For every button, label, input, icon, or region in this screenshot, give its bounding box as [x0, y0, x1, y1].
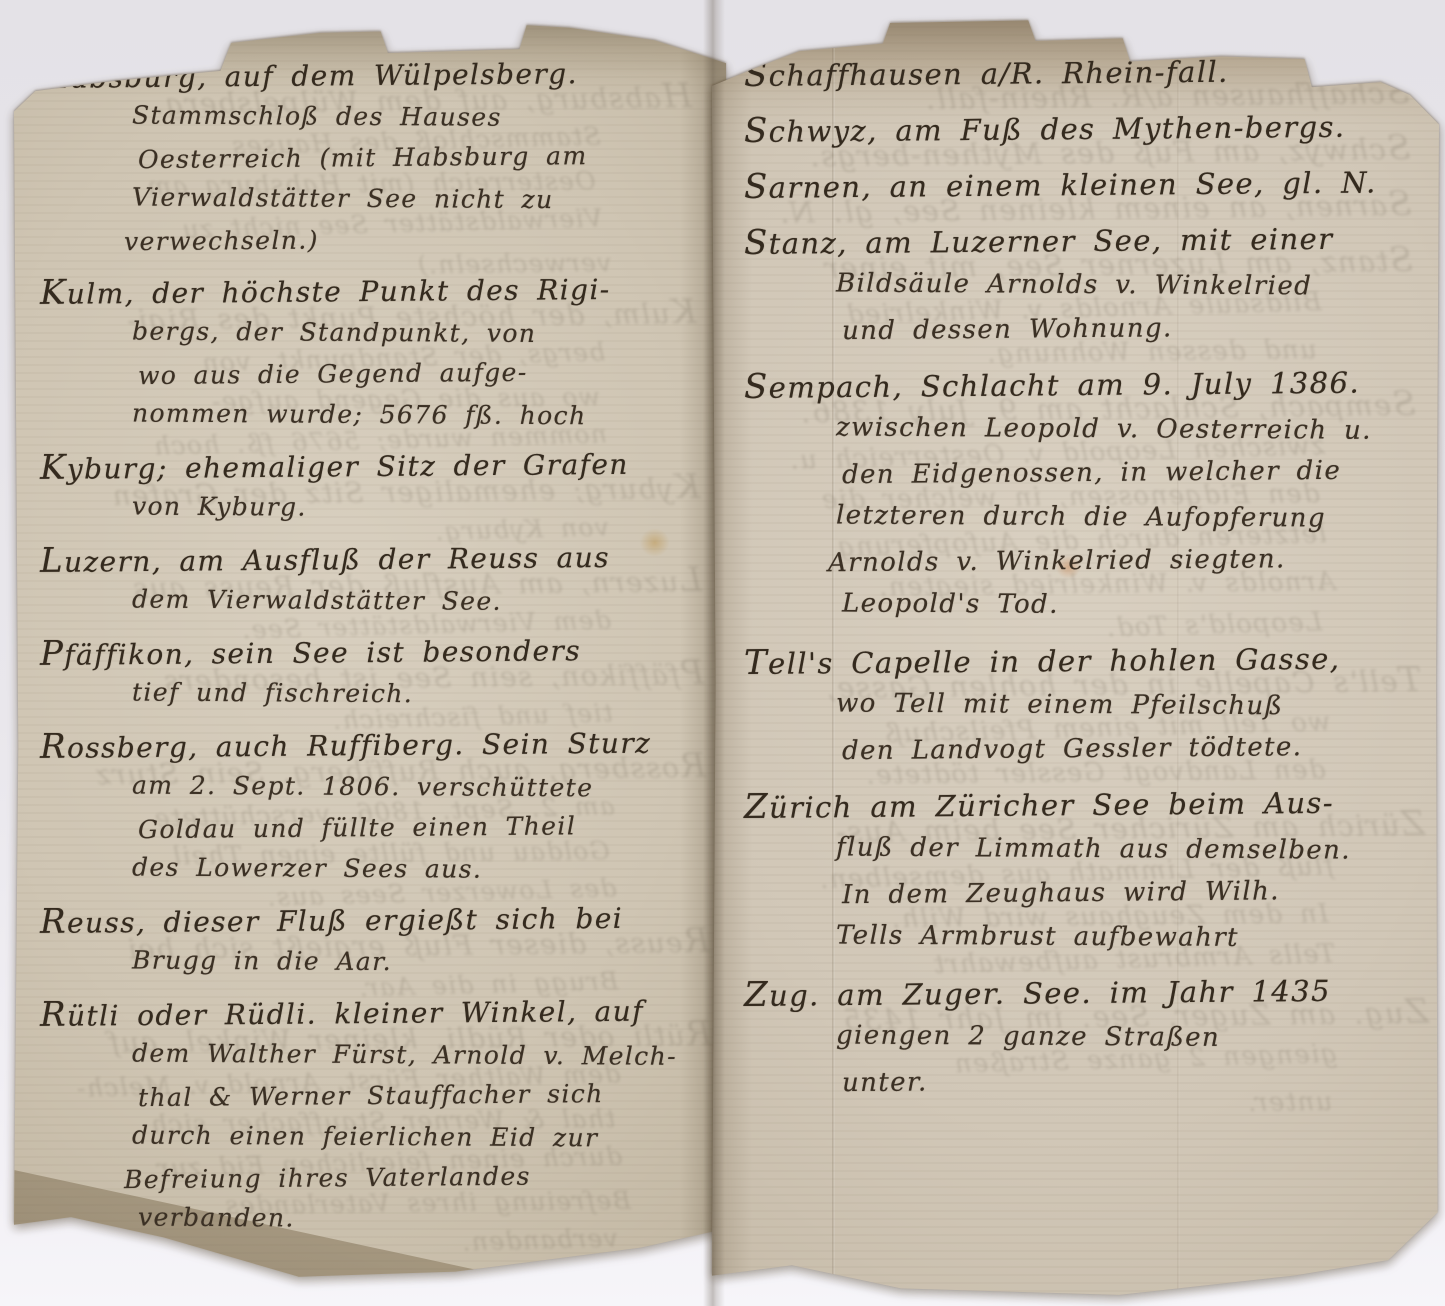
manuscript-entry: Rossberg, auch Ruffiberg. Sein Sturzam 2…: [40, 724, 708, 889]
manuscript-entry: Zug. am Zuger. See. im Jahr 1435giengen …: [744, 970, 1424, 1103]
manuscript-entry: Kulm, der höchste Punkt des Rigi-bergs, …: [40, 270, 708, 435]
entry-body-line: fluß der Limmath aus demselben.: [752, 825, 1424, 873]
manuscript-entry: Sarnen, an einem kleinen See, gl. N.: [744, 162, 1424, 207]
entry-body-line: unter.: [758, 1056, 1424, 1106]
entry-heading-line: Reuss, dieser Fluß ergießt sich bei: [40, 896, 708, 944]
entry-heading-line: Luzern, am Ausfluß der Reuss aus: [40, 535, 708, 583]
manuscript-entry: Pfäffikon, sein See ist besonderstief un…: [40, 631, 708, 714]
manuscript-entry: Schaffhausen a/R. Rhein-fall.: [744, 50, 1424, 95]
entry-body-line: thal & Werner Stauffacher sich: [54, 1072, 708, 1119]
entry-heading-line: Stanz, am Luzerner See, mit einer: [744, 215, 1424, 266]
right-page: Schaffhausen a/R. Rhein-fall.Schwyz, am …: [712, 14, 1439, 1300]
entry-heading-line: Zürich am Züricher See beim Aus-: [744, 779, 1424, 830]
entry-heading-line: Schaffhausen a/R. Rhein-fall.: [744, 47, 1424, 98]
entry-body-line: nommen wurde; 5676 fß. hoch: [48, 392, 708, 437]
manuscript-entry: Habsburg, auf dem Wülpelsberg.Stammschlo…: [40, 54, 708, 260]
manuscript-entry: Zürich am Züricher See beim Aus-fluß der…: [744, 782, 1424, 959]
entry-body-line: am 2. Sept. 1806. verschüttete: [48, 764, 708, 809]
entry-body-line: den Eidgenossen, in welcher die: [758, 448, 1424, 498]
manuscript-entry: Stanz, am Luzerner See, mit einerBildsäu…: [744, 218, 1424, 351]
entry-body-line: verbanden.: [54, 1196, 708, 1241]
manuscript-entry: Tell's Capelle in der hohlen Gasse,wo Te…: [744, 638, 1424, 771]
entry-body-line: Goldau und füllte einen Theil: [54, 804, 708, 851]
manuscript-entry: Kyburg; ehemaliger Sitz der Grafenvon Ky…: [40, 445, 708, 528]
entry-heading-line: Kyburg; ehemaliger Sitz der Grafen: [40, 442, 708, 490]
entry-heading-line: Pfäffikon, sein See ist besonders: [40, 628, 708, 676]
entry-body-line: Leopold's Tod.: [758, 581, 1424, 629]
entry-body-line: tief und fischreich.: [48, 671, 708, 716]
entry-body-line: wo Tell mit einem Pfeilschuß: [752, 681, 1424, 729]
entry-body-line: Brugg in die Aar.: [48, 939, 708, 984]
entry-body-line: letzteren durch die Aufopferung: [752, 493, 1424, 541]
entry-heading-line: Kulm, der höchste Punkt des Rigi-: [40, 267, 708, 315]
entry-body-line: Befreiung ihres Vaterlandes: [40, 1154, 708, 1201]
entry-heading-line: Rütli oder Rüdli. kleiner Winkel, auf: [40, 989, 708, 1037]
entry-heading-line: Rossberg, auch Ruffiberg. Sein Sturz: [40, 721, 708, 769]
manuscript-entry: Reuss, dieser Fluß ergießt sich beiBrugg…: [40, 899, 708, 982]
center-fold-shadow: [703, 0, 725, 1306]
entry-heading-line: Zug. am Zuger. See. im Jahr 1435: [744, 967, 1424, 1018]
entry-heading-line: Tell's Capelle in der hohlen Gasse,: [744, 635, 1424, 686]
entry-heading-line: Sarnen, an einem kleinen See, gl. N.: [744, 159, 1424, 210]
entry-body-line: von Kyburg.: [48, 485, 708, 530]
entry-body-line: Bildsäule Arnolds v. Winkelried: [752, 261, 1424, 309]
entry-heading-line: Schwyz, am Fuß des Mythen-bergs.: [744, 103, 1424, 154]
entry-body-line: bergs, der Standpunkt, von: [48, 310, 708, 355]
entry-body-line: durch einen feierlichen Eid zur: [48, 1114, 708, 1159]
entry-body-line: Vierwaldstätter See nicht zu: [48, 176, 708, 221]
left-page-wrap: Habsburg, auf dem Wülpelsberg.Stammschlo…: [14, 10, 726, 1278]
entry-body-line: und dessen Wohnung.: [758, 304, 1424, 354]
manuscript-entry: Luzern, am Ausfluß der Reuss ausdem Vier…: [40, 538, 708, 621]
entry-body-line: wo aus die Gegend aufge-: [54, 350, 708, 397]
photographed-manuscript: Habsburg, auf dem Wülpelsberg.Stammschlo…: [0, 0, 1445, 1306]
entry-body-line: des Lowerzer Sees aus.: [48, 846, 708, 891]
entry-body-line: zwischen Leopold v. Oesterreich u.: [752, 405, 1424, 453]
entry-body-line: In dem Zeughaus wird Wilh.: [758, 868, 1424, 918]
entry-body-line: den Landvogt Gessler tödtete.: [758, 724, 1424, 774]
entry-body-line: giengen 2 ganze Straßen: [752, 1013, 1424, 1061]
manuscript-entry: Sempach, Schlacht am 9. July 1386.zwisch…: [744, 362, 1424, 627]
manuscript-entry: Rütli oder Rüdli. kleiner Winkel, aufdem…: [40, 992, 708, 1239]
entry-heading-line: Sempach, Schlacht am 9. July 1386.: [744, 359, 1424, 410]
left-page-text: Habsburg, auf dem Wülpelsberg.Stammschlo…: [40, 54, 708, 1249]
entry-body-line: dem Vierwaldstätter See.: [48, 578, 708, 623]
entry-heading-line: Habsburg, auf dem Wülpelsberg.: [40, 51, 708, 99]
entry-body-line: Tells Armbrust aufbewahrt: [752, 913, 1424, 961]
manuscript-entry: Schwyz, am Fuß des Mythen-bergs.: [744, 106, 1424, 151]
right-page-wrap: Schaffhausen a/R. Rhein-fall.Schwyz, am …: [712, 14, 1439, 1300]
entry-body-line: Oesterreich (mit Habsburg am: [54, 134, 708, 181]
entry-body-line: verwechseln.): [40, 216, 708, 263]
entry-body-line: Stammschloß des Hauses: [48, 94, 708, 139]
left-page: Habsburg, auf dem Wülpelsberg.Stammschlo…: [14, 10, 726, 1278]
entry-body-line: Arnolds v. Winkelried siegten.: [744, 536, 1424, 586]
entry-body-line: dem Walther Fürst, Arnold v. Melch-: [48, 1032, 708, 1077]
right-page-text: Schaffhausen a/R. Rhein-fall.Schwyz, am …: [744, 50, 1424, 1114]
